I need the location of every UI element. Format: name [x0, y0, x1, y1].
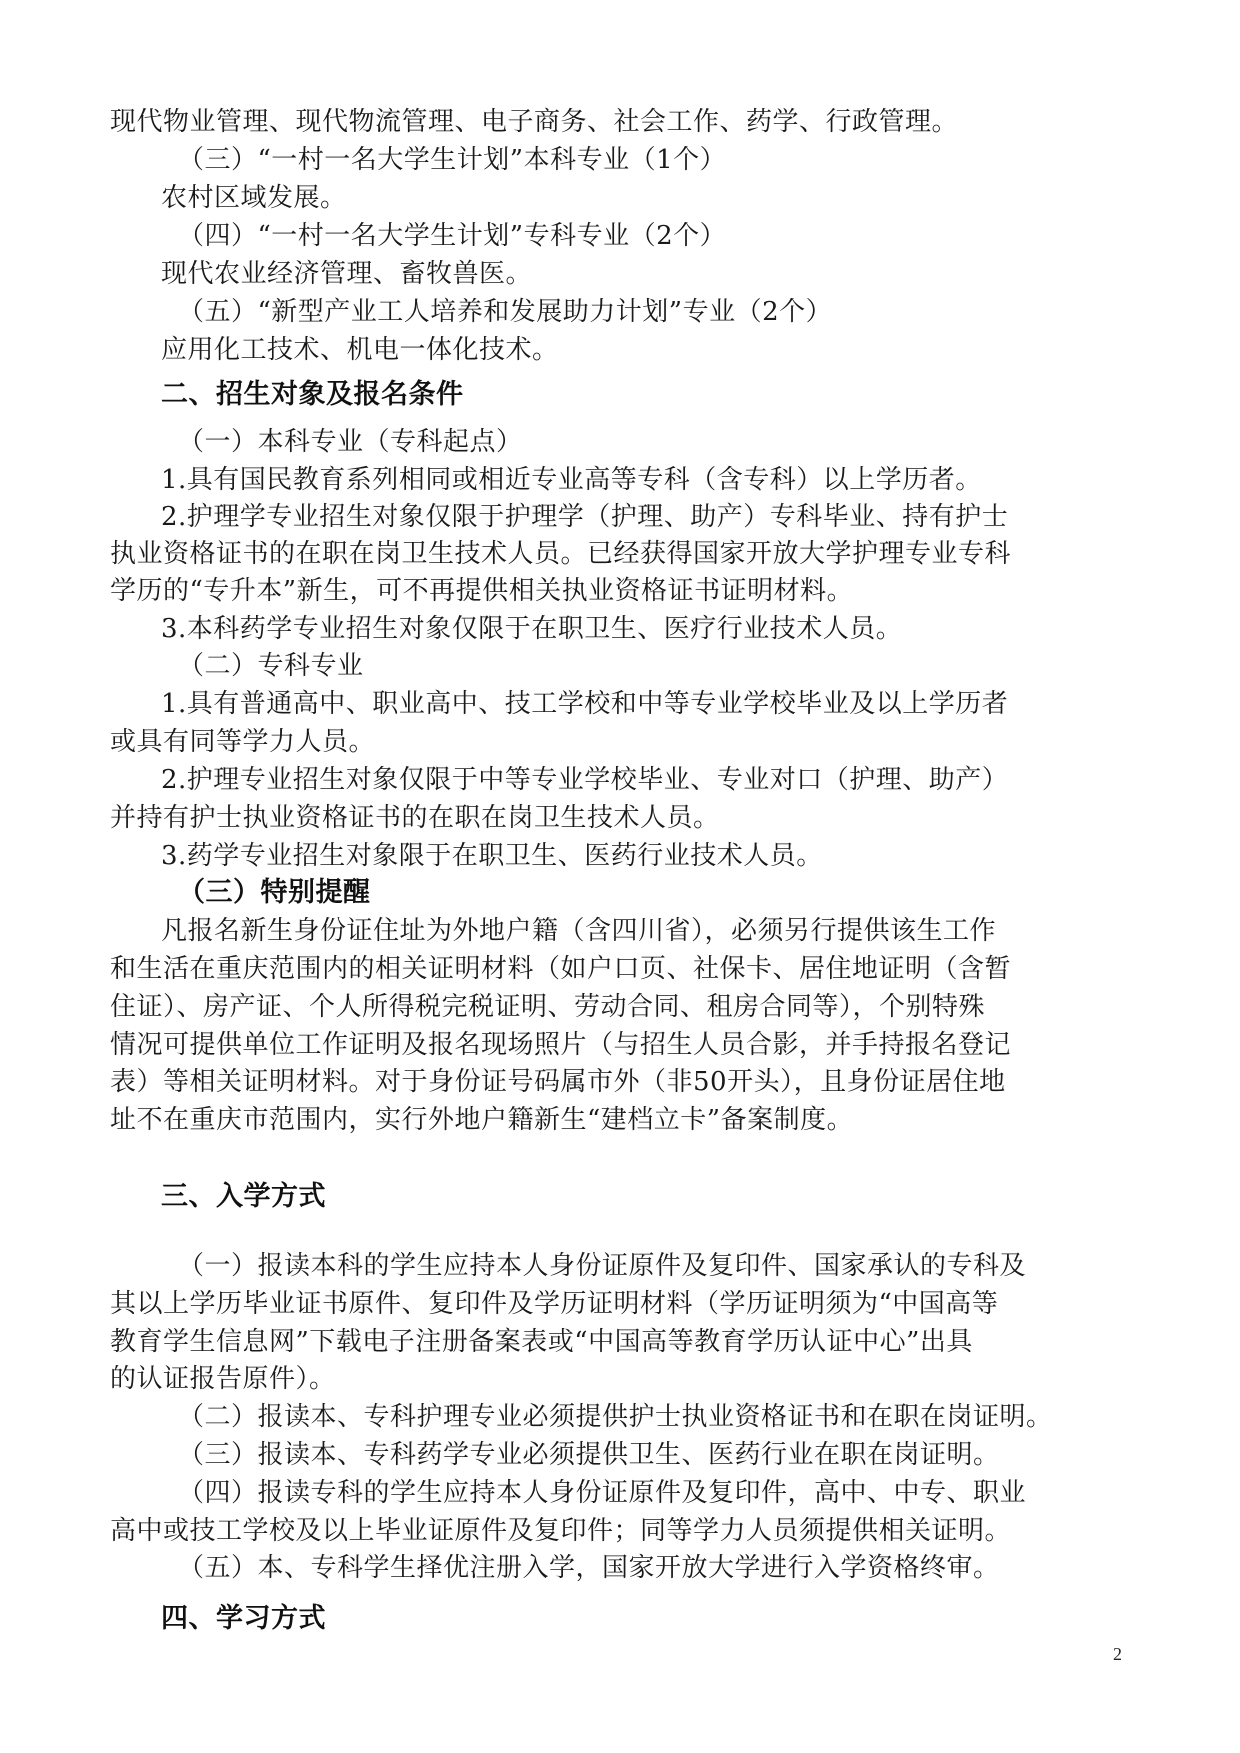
paragraph-line: （三）报读本、专科药学专业必须提供卫生、医药行业在职在岗证明。: [178, 1437, 1000, 1473]
paragraph-line: 执业资格证书的在职在岗卫生技术人员。已经获得国家开放大学护理专业专科: [110, 536, 1011, 572]
paragraph-line: 址不在重庆市范围内，实行外地户籍新生“建档立卡”备案制度。: [110, 1102, 853, 1138]
paragraph-line: 1.具有普通高中、职业高中、技工学校和中等专业学校毕业及以上学历者: [161, 686, 1008, 722]
paragraph-line: 凡报名新生身份证住址为外地户籍（含四川省），必须另行提供该生工作: [161, 913, 996, 949]
paragraph-line: 农村区域发展。: [161, 180, 347, 216]
paragraph-line: （五）本、专科学生择优注册入学，国家开放大学进行入学资格终审。: [178, 1550, 1000, 1586]
paragraph-line: 教育学生信息网”下载电子注册备案表或“中国高等教育学历认证中心”出具: [110, 1324, 973, 1360]
paragraph-line: 现代农业经济管理、畜牧兽医。: [161, 256, 532, 292]
paragraph-line: 2.护理专业招生对象仅限于中等专业学校毕业、专业对口（护理、助产）: [161, 762, 1008, 798]
section-heading: 二、招生对象及报名条件: [161, 377, 464, 413]
paragraph-line: 住证）、房产证、个人所得税完税证明、劳动合同、租房合同等），个别特殊: [110, 989, 985, 1025]
paragraph-line: 1.具有国民教育系列相同或相近专业高等专科（含专科）以上学历者。: [161, 462, 982, 498]
subsection-title: （三）“一村一名大学生计划”本科专业（1个）: [178, 142, 726, 178]
paragraph-line: 其以上学历毕业证书原件、复印件及学历证明材料（学历证明须为“中国高等: [110, 1286, 998, 1322]
subsection-title-bold: （三）特别提醒: [178, 875, 371, 911]
subsection-title: （二）专科专业: [178, 648, 364, 684]
paragraph-line: 现代物业管理、现代物流管理、电子商务、社会工作、药学、行政管理。: [110, 104, 958, 140]
paragraph-line: 3.药学专业招生对象限于在职卫生、医药行业技术人员。: [161, 838, 823, 874]
paragraph-line: （二）报读本、专科护理专业必须提供护士执业资格证书和在职在岗证明。: [178, 1399, 1053, 1435]
subsection-title: （一）本科专业（专科起点）: [178, 424, 523, 460]
paragraph-line: 3.本科药学专业招生对象仅限于在职卫生、医疗行业技术人员。: [161, 611, 902, 647]
paragraph-line: 2.护理学专业招生对象仅限于护理学（护理、助产）专科毕业、持有护士: [161, 499, 1008, 535]
subsection-title: （四）“一村一名大学生计划”专科专业（2个）: [178, 218, 726, 254]
paragraph-line: 和生活在重庆范围内的相关证明材料（如户口页、社保卡、居住地证明（含暂: [110, 951, 1011, 987]
section-heading: 三、入学方式: [161, 1179, 326, 1215]
document-page: 现代物业管理、现代物流管理、电子商务、社会工作、药学、行政管理。 （三）“一村一…: [0, 0, 1240, 1753]
paragraph-line: 的认证报告原件）。: [110, 1361, 336, 1397]
section-heading: 四、学习方式: [161, 1601, 326, 1637]
paragraph-line: 应用化工技术、机电一体化技术。: [161, 332, 559, 368]
paragraph-line: （一）报读本科的学生应持本人身份证原件及复印件、国家承认的专科及: [178, 1248, 1026, 1284]
paragraph-line: 并持有护士执业资格证书的在职在岗卫生技术人员。: [110, 800, 720, 836]
subsection-title: （五）“新型产业工人培养和发展助力计划”专业（2个）: [178, 294, 832, 330]
paragraph-line: （四）报读专科的学生应持本人身份证原件及复印件，高中、中专、职业: [178, 1475, 1026, 1511]
page-number: 2: [1113, 1644, 1122, 1665]
paragraph-line: 表）等相关证明材料。对于身份证号码属市外（非50开头），且身份证居住地: [110, 1064, 1006, 1100]
paragraph-line: 或具有同等学力人员。: [110, 724, 375, 760]
paragraph-line: 情况可提供单位工作证明及报名现场照片（与招生人员合影，并手持报名登记: [110, 1027, 1011, 1063]
paragraph-line: 高中或技工学校及以上毕业证原件及复印件；同等学力人员须提供相关证明。: [110, 1513, 1011, 1549]
paragraph-line: 学历的“专升本”新生，可不再提供相关执业资格证书证明材料。: [110, 573, 853, 609]
